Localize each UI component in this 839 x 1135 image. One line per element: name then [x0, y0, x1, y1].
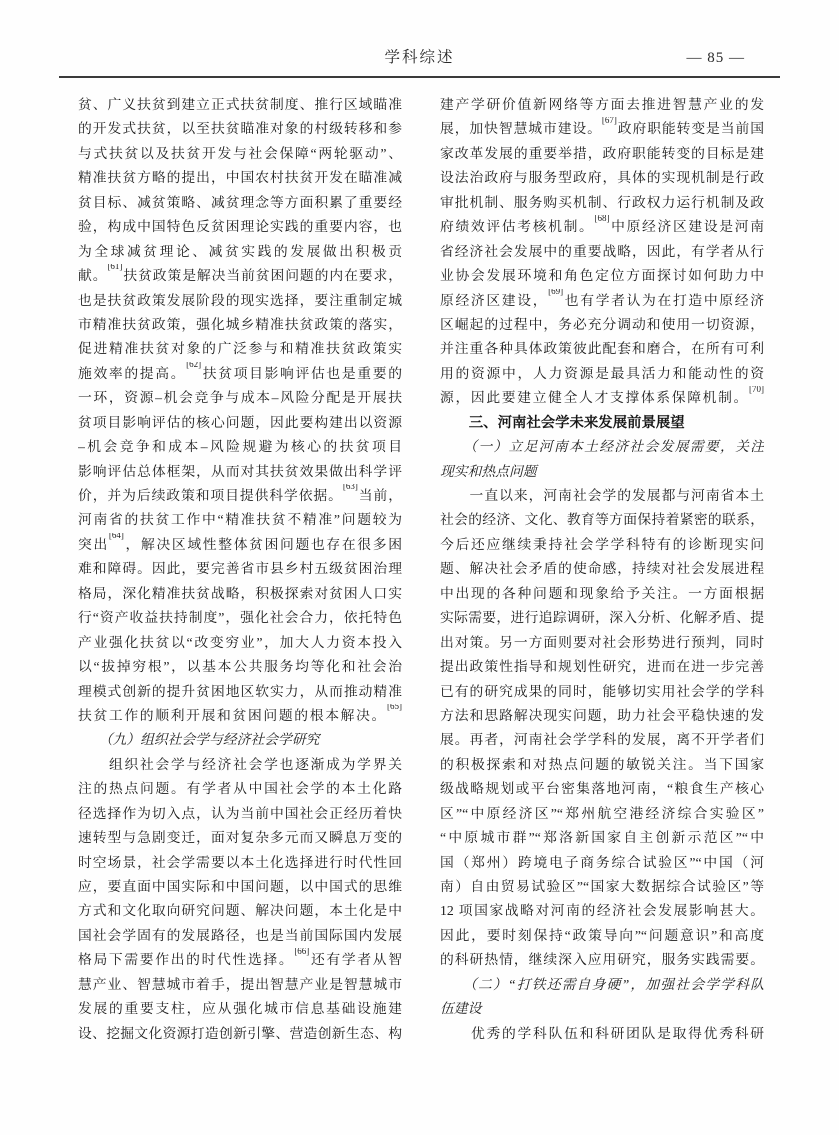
text-line: 验，构成中国特色反贫困理论实践的重要内容，也 — [78, 215, 402, 239]
citation-ref: [63] — [343, 484, 358, 491]
text-line: 格局下需要作出的时代性选择。[66]还有学者从智 — [78, 948, 402, 972]
text-line: 一环，资源–机会竞争与成本–风险分配是开展扶 — [78, 386, 402, 410]
text-line: 国社会学固有的发展路径，也是当前国际国内发展 — [78, 924, 402, 948]
text-line: （二）“打铁还需自身硬”，加强社会学学科队 — [440, 973, 764, 997]
text-line: 原经济区建设，[69]也有学者认为在打造中原经济 — [440, 289, 764, 313]
text-line: 建产学研价值新网络等方面去推进智慧产业的发 — [440, 93, 764, 117]
text-column-right: 建产学研价值新网络等方面去推进智慧产业的发展，加快智慧城市建设。[67]政府职能… — [440, 93, 764, 1046]
text-line: 设、挖掘文化资源打造创新引擎、营造创新生态、构 — [78, 1022, 402, 1046]
text-line: 应，要直面中国实际和中国问题，以中国式的思维 — [78, 875, 402, 899]
text-line: 发展的重要支柱，应从强化城市信息基础设施建 — [78, 997, 402, 1021]
text-line: 优秀的学科队伍和科研团队是取得优秀科研 — [440, 1022, 764, 1046]
text-line: 突出[64]，解决区域性整体贫困问题也存在很多困 — [78, 533, 402, 557]
text-line: 组织社会学与经济社会学也逐渐成为学界关 — [78, 753, 402, 777]
text-line: 理模式创新的提升贫困地区软实力，从而推动精准 — [78, 680, 402, 704]
text-line: 已有的研究成果的同时，能够切实用社会学的学科 — [440, 680, 764, 704]
text-line: 以“拔掉穷根”，以基本公共服务均等化和社会治 — [78, 655, 402, 679]
text-line: 因此，要时刻保持“政策导向”“问题意识”和高度 — [440, 924, 764, 948]
citation-ref: [64] — [109, 533, 124, 540]
citation-ref: [70] — [749, 386, 764, 393]
text-line: 径选择作为切入点，认为当前中国社会正经历着快 — [78, 802, 402, 826]
text-line: 慧产业、智慧城市着手，提出智慧产业是智慧城市 — [78, 973, 402, 997]
text-line: 影响评估总体框架，从而对其扶贫效果做出科学评 — [78, 460, 402, 484]
text-line: 行“资产收益扶持制度”，强化社会合力，依托特色 — [78, 606, 402, 630]
text-line: 扶贫工作的顺利开展和贫困问题的根本解决。[65] — [78, 704, 402, 728]
text-line: 12 项国家战略对河南的经济社会发展影响甚大。 — [440, 899, 764, 923]
text-line: 提出政策性指导和规划性研究，进而在进一步完善 — [440, 655, 764, 679]
page-header: 学科综述 — 85 — — [59, 46, 780, 70]
text-line: 区崛起的过程中，务必充分调动和使用一切资源， — [440, 313, 764, 337]
text-line: 一直以来，河南社会学的发展都与河南省本土 — [440, 484, 764, 508]
text-line: 府绩效评估考核机制。[68]中原经济区建设是河南 — [440, 215, 764, 239]
header-rule — [59, 76, 780, 78]
text-line: 施效率的提高。[62]扶贫项目影响评估也是重要的 — [78, 362, 402, 386]
text-line: 省经济社会发展中的重要战略，因此，有学者从行 — [440, 240, 764, 264]
text-line: 设法治政府与服务型政府，具体的实现机制是行政 — [440, 166, 764, 190]
text-line: 社会的经济、文化、教育等方面保持着紧密的联系， — [440, 508, 764, 532]
text-line: 贫目标、减贫策略、减贫理念等方面积累了重要经 — [78, 191, 402, 215]
running-head-title: 学科综述 — [59, 46, 780, 70]
citation-ref: [67] — [602, 117, 617, 124]
text-line: 产业强化扶贫以“改变穷业”，加大人力资本投入 — [78, 631, 402, 655]
text-line: 南）自由贸易试验区”“国家大数据综合试验区”等 — [440, 875, 764, 899]
text-line: 精准扶贫方略的提出，中国农村扶贫开发在瞄准减 — [78, 166, 402, 190]
text-line: 展。再者，河南社会学学科的发展，离不开学者们 — [440, 728, 764, 752]
text-line: 伍建设 — [440, 997, 764, 1021]
text-line: 中出现的各种问题和现象给予关注。一方面根据 — [440, 582, 764, 606]
text-line: 出对策。另一方面则要对社会形势进行预判，同时 — [440, 631, 764, 655]
text-line: 展，加快智慧城市建设。[67]政府职能转变是当前国 — [440, 117, 764, 141]
citation-ref: [61] — [107, 264, 122, 271]
text-line: 与式扶贫以及扶贫开发与社会保障“两轮驱动”、 — [78, 142, 402, 166]
text-line: 方式和文化取向研究问题、解决问题，本土化是中 — [78, 899, 402, 923]
citation-ref: [66] — [294, 948, 309, 955]
text-line: （九）组织社会学与经济社会学研究 — [78, 728, 402, 752]
text-line: 级战略规划或平台密集落地河南，“粮食生产核心 — [440, 777, 764, 801]
text-line: 河南省的扶贫工作中“精准扶贫不精准”问题较为 — [78, 508, 402, 532]
text-line: 并注重各种具体政策彼此配套和磨合，在所有可利 — [440, 337, 764, 361]
text-line: 业协会发展环境和角色定位方面探讨如何助力中 — [440, 264, 764, 288]
text-line: （一）立足河南本土经济社会发展需要，关注 — [440, 435, 764, 459]
text-line: 价，并为后续政策和项目提供科学依据。[63]当前， — [78, 484, 402, 508]
text-line: 格局，深化精准扶贫战略，积极探索对贫困人口实 — [78, 582, 402, 606]
text-line: 区”“中原经济区”“郑州航空港经济综合实验区” — [440, 802, 764, 826]
text-line: –机会竞争和成本–风险规避为核心的扶贫项目 — [78, 435, 402, 459]
text-line: 促进精准扶贫对象的广泛参与和精准扶贫政策实 — [78, 337, 402, 361]
text-line: 注的热点问题。有学者从中国社会学的本土化路 — [78, 777, 402, 801]
text-line: 三、河南社会学未来发展前景展望 — [440, 411, 764, 435]
text-line: 贫、广义扶贫到建立正式扶贫制度、推行区域瞄准 — [78, 93, 402, 117]
text-line: 难和障碍。因此，要完善省市县乡村五级贫困治理 — [78, 557, 402, 581]
text-line: 贫项目影响评估的核心问题，因此要构建出以资源 — [78, 411, 402, 435]
text-line: 时空场景，社会学需要以本土化选择进行时代性回 — [78, 851, 402, 875]
text-line: 今后还应继续秉持社会学学科特有的诊断现实问 — [440, 533, 764, 557]
text-line: 题、解决社会矛盾的使命感，持续对社会发展进程 — [440, 557, 764, 581]
text-line: 源，因此要建立健全人才支撑体系保障机制。[70] — [440, 386, 764, 410]
journal-page: 学科综述 — 85 — 贫、广义扶贫到建立正式扶贫制度、推行区域瞄准的开发式扶贫… — [0, 0, 839, 1135]
text-line: 速转型与急剧变迁，面对复杂多元而又瞬息万变的 — [78, 826, 402, 850]
citation-ref: [65] — [387, 704, 402, 711]
text-line: 实际需要，进行追踪调研，深入分析、化解矛盾、提 — [440, 606, 764, 630]
text-line: 的积极探索和对热点问题的敏锐关注。当下国家 — [440, 753, 764, 777]
text-line: 的开发式扶贫，以至扶贫瞄准对象的村级转移和参 — [78, 117, 402, 141]
text-line: 的科研热情，继续深入应用研究，服务实践需要。 — [440, 948, 764, 972]
text-line: 为全球减贫理论、减贫实践的发展做出积极贡 — [78, 240, 402, 264]
text-column-left: 贫、广义扶贫到建立正式扶贫制度、推行区域瞄准的开发式扶贫，以至扶贫瞄准对象的村级… — [78, 93, 402, 1046]
text-line: 用的资源中，人力资源是最具活力和能动性的资 — [440, 362, 764, 386]
text-line: 审批机制、服务购买机制、行政权力运行机制及政 — [440, 191, 764, 215]
citation-ref: [68] — [595, 215, 610, 222]
text-line: 献。[61]扶贫政策是解决当前贫困问题的内在要求， — [78, 264, 402, 288]
text-line: 也是扶贫政策发展阶段的现实选择，要注重制定城 — [78, 289, 402, 313]
text-line: “中原城市群”“郑洛新国家自主创新示范区”“中 — [440, 826, 764, 850]
text-line: 现实和热点问题 — [440, 460, 764, 484]
citation-ref: [69] — [548, 289, 563, 296]
text-line: 家改革发展的重要举措，政府职能转变的目标是建 — [440, 142, 764, 166]
citation-ref: [62] — [186, 362, 201, 369]
text-line: 方法和思路解决现实问题，助力社会平稳快速的发 — [440, 704, 764, 728]
page-number: — 85 — — [687, 46, 746, 70]
text-line: 市精准扶贫政策，强化城乡精准扶贫政策的落实， — [78, 313, 402, 337]
text-line: 国（郑州）跨境电子商务综合试验区”“中国（河 — [440, 851, 764, 875]
